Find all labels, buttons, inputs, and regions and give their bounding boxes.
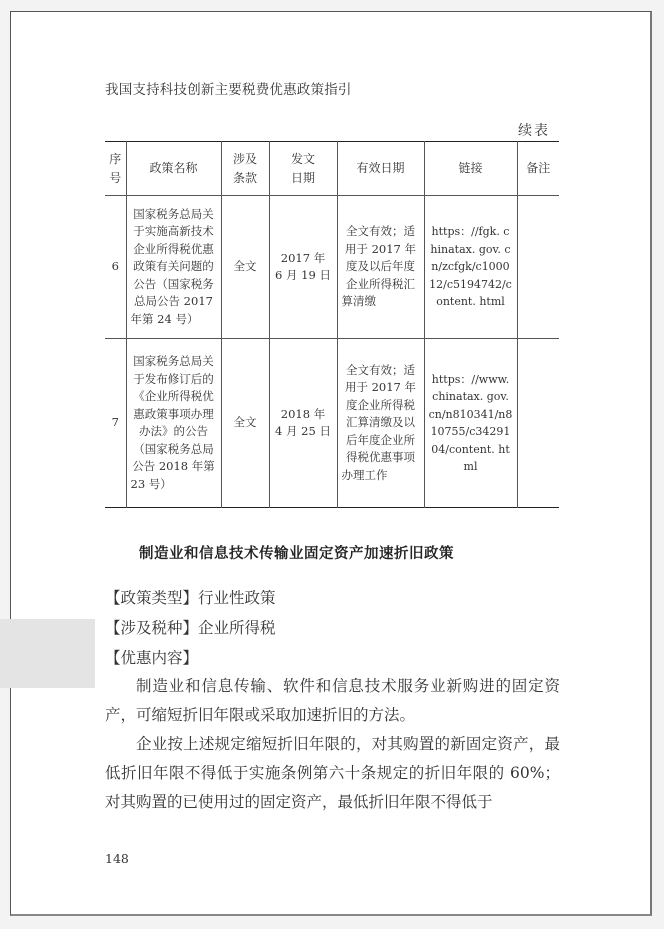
cell-issue-date: 2017 年6 月 19 日 [269, 196, 337, 339]
cell-link[interactable]: https：//www. chinatax. gov. cn/n810341/n… [424, 339, 517, 508]
cell-articles: 全文 [221, 196, 269, 339]
cell-articles: 全文 [221, 339, 269, 508]
cell-remarks [517, 196, 559, 339]
tax-type-line: 【涉及税种】企业所得税 [105, 616, 276, 638]
table-header-row: 序号 政策名称 涉及条款 发文日期 有效日期 链接 备注 [105, 142, 559, 196]
table-row: 6 国家税务总局关于实施高新技术企业所得税优惠政策有关问题的公告（国家税务总局公… [105, 196, 559, 339]
cell-remarks [517, 339, 559, 508]
body-paragraph: 企业按上述规定缩短折旧年限的，对其购置的新固定资产，最低折旧年限不得低于实施条例… [105, 730, 560, 817]
header-issue-date: 发文日期 [269, 142, 337, 196]
table-continued-label: 续表 [518, 120, 550, 140]
header-name: 政策名称 [126, 142, 221, 196]
policy-table: 序号 政策名称 涉及条款 发文日期 有效日期 链接 备注 6 国家税务总局关于实… [105, 141, 559, 508]
page-number: 148 [105, 851, 129, 866]
cell-seq: 6 [105, 196, 126, 339]
cell-valid-date: 全文有效；适用于 2017 年度及以后年度企业所得税汇算清缴 [337, 196, 424, 339]
chapter-side-tab [0, 619, 95, 688]
header-valid: 有效日期 [337, 142, 424, 196]
section-title: 制造业和信息技术传输业固定资产加速折旧政策 [139, 542, 454, 563]
benefit-content-body: 制造业和信息传输、软件和信息技术服务业新购进的固定资产，可缩短折旧年限或采取加速… [105, 672, 560, 817]
cell-seq: 7 [105, 339, 126, 508]
header-articles: 涉及条款 [221, 142, 269, 196]
policy-type-label: 【政策类型】 [105, 589, 198, 607]
body-paragraph: 制造业和信息传输、软件和信息技术服务业新购进的固定资产，可缩短折旧年限或采取加速… [105, 672, 560, 730]
running-head: 我国支持科技创新主要税费优惠政策指引 [105, 78, 352, 98]
cell-policy-name: 国家税务总局关于实施高新技术企业所得税优惠政策有关问题的公告（国家税务总局公告 … [126, 196, 221, 339]
cell-policy-name: 国家税务总局关于发布修订后的《企业所得税优惠政策事项办理办法》的公告（国家税务总… [126, 339, 221, 508]
header-seq: 序号 [105, 142, 126, 196]
tax-type-label: 【涉及税种】 [105, 619, 198, 637]
header-remarks: 备注 [517, 142, 559, 196]
cell-valid-date: 全文有效；适用于 2017 年度企业所得税汇算清缴及以后年度企业所得税优惠事项办… [337, 339, 424, 508]
policy-type-line: 【政策类型】行业性政策 [105, 586, 276, 608]
header-link: 链接 [424, 142, 517, 196]
benefit-content-label: 【优惠内容】 [105, 649, 198, 667]
benefit-content-line: 【优惠内容】 [105, 646, 198, 668]
cell-link[interactable]: https：//fgk. chinatax. gov. cn/zcfgk/c10… [424, 196, 517, 339]
policy-type-value: 行业性政策 [198, 589, 276, 607]
cell-issue-date: 2018 年4 月 25 日 [269, 339, 337, 508]
table-row: 7 国家税务总局关于发布修订后的《企业所得税优惠政策事项办理办法》的公告（国家税… [105, 339, 559, 508]
tax-type-value: 企业所得税 [198, 619, 276, 637]
